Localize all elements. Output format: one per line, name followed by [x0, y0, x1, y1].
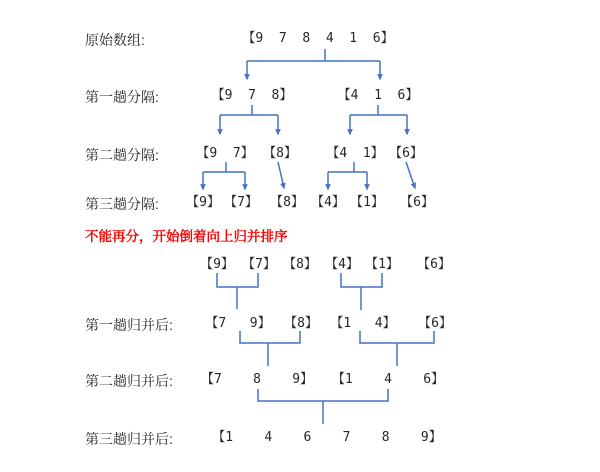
- array-split3-1: 【1】: [350, 195, 384, 210]
- array-original: 【9 7 8 4 1 6】: [242, 31, 393, 46]
- split-connector-left-978: [220, 105, 278, 134]
- array-split2-97: 【9 7】: [196, 146, 253, 161]
- array-split2-8: 【8】: [263, 146, 297, 161]
- array-split3-8: 【8】: [270, 195, 304, 210]
- array-merge2-146: 【1 4 6】: [332, 372, 444, 387]
- merge-bracket-14-6: [360, 331, 434, 366]
- array-split1-978: 【9 7 8】: [212, 88, 293, 103]
- array-merge3-final: 【1 4 6 7 8 9】: [212, 430, 442, 445]
- array-leaf-6: 【6】: [417, 257, 451, 272]
- label-split-3: 第三趟分隔:: [85, 197, 159, 212]
- array-merge1-14: 【1 4】: [330, 316, 395, 331]
- split-arrow-6: [406, 162, 415, 188]
- array-split2-41: 【4 1】: [326, 146, 383, 161]
- split-connector-original: [247, 49, 380, 79]
- split-connector-41: [328, 162, 367, 189]
- array-split3-4: 【4】: [311, 195, 345, 210]
- array-merge1-6: 【6】: [418, 316, 452, 331]
- merge-bracket-789-146: [258, 389, 388, 424]
- merge-bracket-4-1: [341, 273, 382, 310]
- array-split3-7: 【7】: [224, 195, 258, 210]
- note-cannot-split: 不能再分，开始倒着向上归并排序: [85, 229, 288, 244]
- array-split1-416: 【4 1 6】: [338, 88, 419, 103]
- merge-bracket-9-7: [217, 273, 258, 309]
- label-merge-2: 第二趟归并后:: [85, 374, 173, 389]
- label-merge-3: 第三趟归并后:: [85, 432, 173, 447]
- label-merge-1: 第一趟归并后:: [85, 318, 173, 333]
- array-leaf-8: 【8】: [283, 257, 317, 272]
- label-original-array: 原始数组:: [85, 33, 145, 48]
- array-merge2-789: 【7 8 9】: [201, 372, 313, 387]
- split-connector-97: [203, 162, 245, 189]
- merge-bracket-79-8: [240, 331, 300, 366]
- array-merge1-8: 【8】: [284, 316, 318, 331]
- split-arrow-8: [278, 162, 284, 188]
- label-split-1: 第一趟分隔:: [85, 90, 159, 105]
- array-merge1-79: 【7 9】: [205, 316, 270, 331]
- array-split3-6: 【6】: [400, 195, 434, 210]
- array-leaf-4: 【4】: [325, 257, 359, 272]
- split-connector-right-416: [350, 105, 407, 134]
- array-split2-6: 【6】: [389, 146, 423, 161]
- array-leaf-1: 【1】: [365, 257, 399, 272]
- merge-sort-diagram: 原始数组: 【9 7 8 4 1 6】 第一趟分隔: 【9 7 8】 【4 1 …: [0, 0, 600, 472]
- array-split3-9: 【9】: [186, 195, 220, 210]
- array-leaf-9: 【9】: [200, 257, 234, 272]
- label-split-2: 第二趟分隔:: [85, 148, 159, 163]
- array-leaf-7: 【7】: [242, 257, 276, 272]
